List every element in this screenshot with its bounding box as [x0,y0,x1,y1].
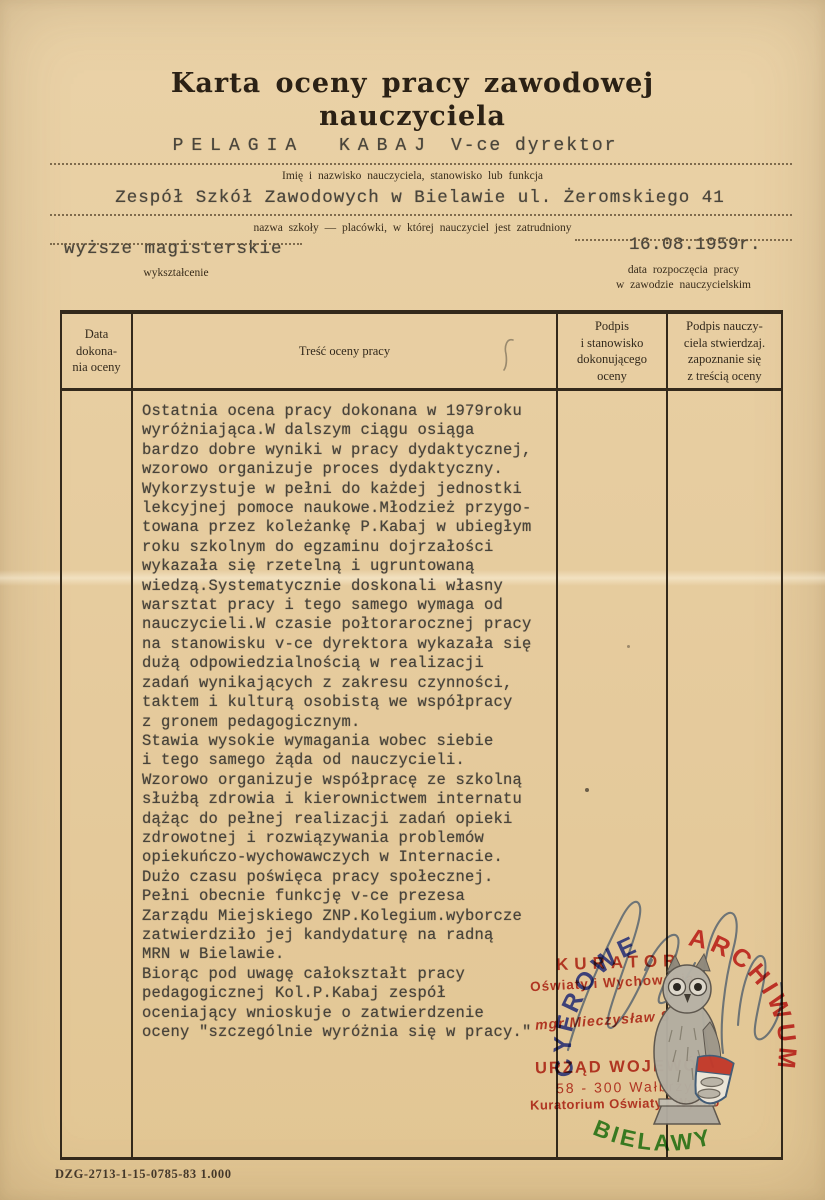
paper-speck [627,645,630,648]
school-name: Zespół Szkół Zawodowych w Bielawie ul. Ż… [0,188,825,208]
dotted-rule-name [50,163,792,165]
school-caption: nazwa szkoły — placówki, w której nauczy… [0,221,825,236]
table-header-teacher-signature: Podpis nauczy- ciela stwierdzaj. zapozna… [668,314,781,391]
teacher-role: V-ce dyrektor [451,136,617,156]
evaluation-typed-text: Ostatnia ocena pracy dokonana w 1979roku… [133,391,556,1042]
print-code: DZG-2713-1-15-0785-83 1.000 [55,1167,232,1182]
name-caption: Imię i nazwisko nauczyciela, stanowisko … [0,169,825,184]
dotted-rule-date [575,239,792,241]
teacher-name: PELAGIA KABAJ [173,136,433,156]
start-date-value: 16.08.1959r. [629,235,761,255]
archive-word-cyfrowe: CYFROWE [549,930,644,1079]
digital-archive-watermark: CYFROWE ARCHIWUM [542,922,800,1122]
city-stamp: BIELAWY [580,1112,780,1174]
svg-text:CYFROWE: CYFROWE [549,930,644,1079]
cell-evaluation: Ostatnia ocena pracy dokonana w 1979roku… [133,391,558,1157]
start-date-caption: data rozpoczęcia pracy w zawodzie nauczy… [575,263,792,293]
dotted-rule-education [50,243,302,245]
teacher-name-line: PELAGIA KABAJV-ce dyrektor [0,136,790,156]
education-caption: wykształcenie [50,266,302,281]
svg-text:ARCHIWUM: ARCHIWUM [686,923,801,1073]
page-title-line2: nauczyciela [0,101,825,132]
city-stamp-text: BIELAWY [590,1114,716,1156]
education-value: wyższe magisterskie [64,239,283,259]
table-header-assessor-signature: Podpis i stanowisko dokonującego oceny [558,314,668,391]
svg-text:BIELAWY: BIELAWY [590,1114,716,1156]
ink-speck [585,788,589,792]
table-header-date: Data dokona- nia oceny [62,314,133,391]
dotted-rule-school [50,214,792,216]
page-title-line1: Karta oceny pracy zawodowej [0,68,825,99]
table-header-content: Treść oceny pracy [133,314,558,391]
archive-word-archiwum: ARCHIWUM [686,923,801,1073]
cell-date [62,391,133,1157]
pencil-mark [498,336,522,374]
scanned-evaluation-card: Karta oceny pracy zawodowej nauczyciela … [0,0,825,1200]
